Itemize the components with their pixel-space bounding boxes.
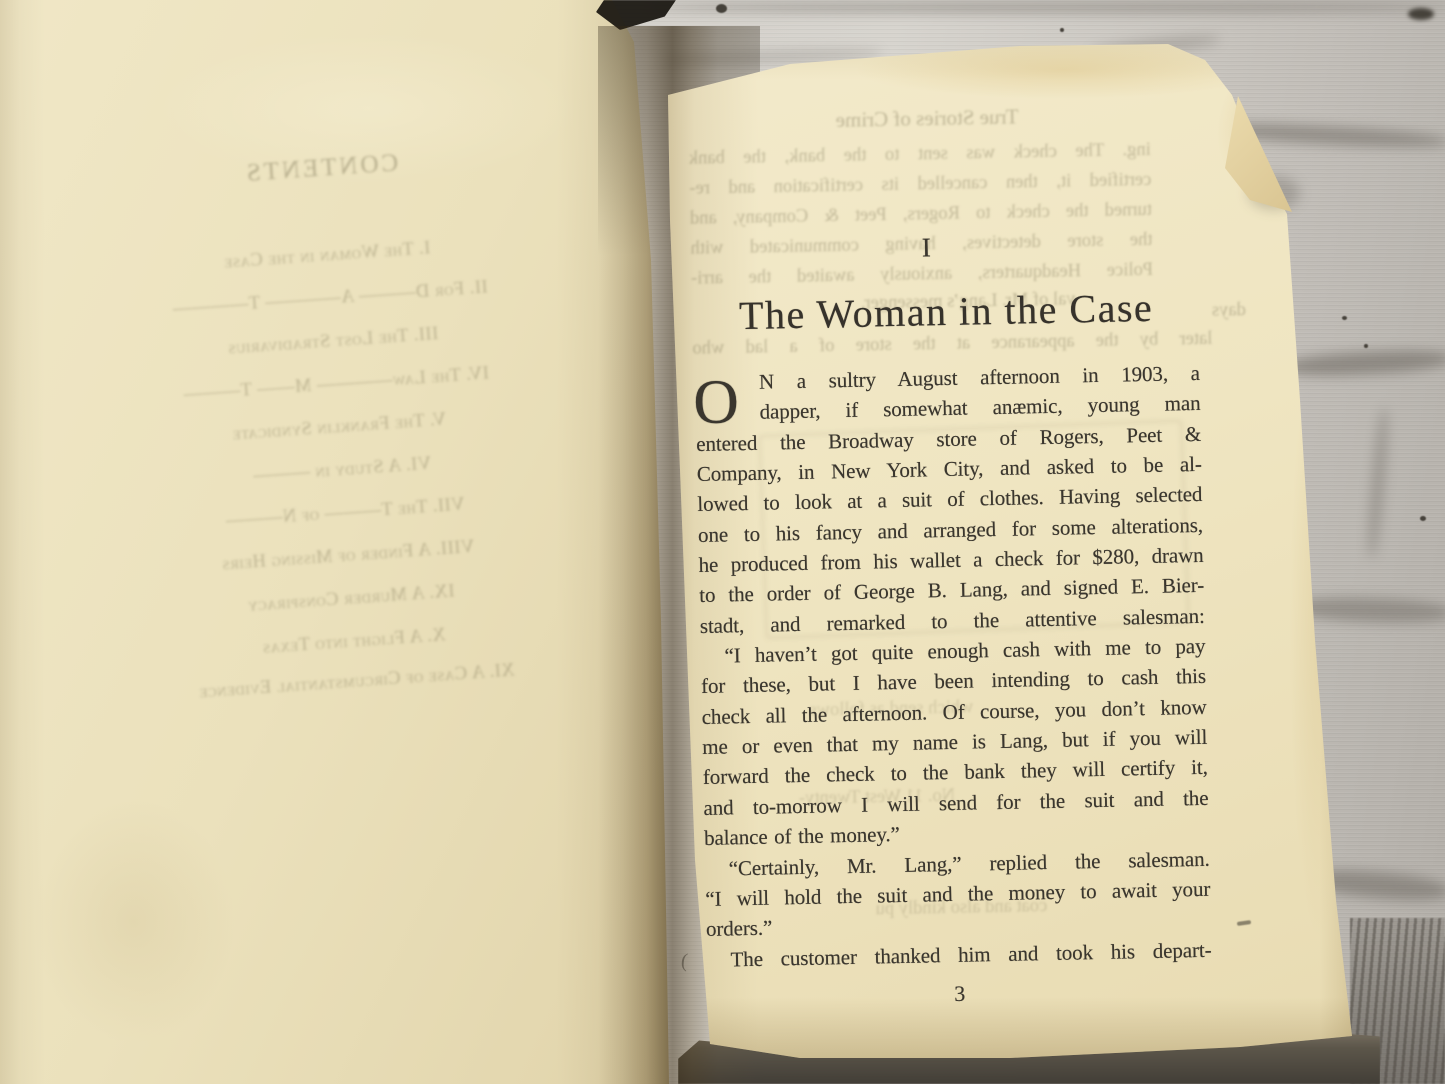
left-page: CONTENTS I. The Woman in the Case II. Fo…	[0, 0, 670, 1084]
chapter-title: The Woman in the Case	[693, 283, 1199, 340]
page-text-block: I The Woman in the Case O N a sultry Aug…	[692, 227, 1213, 1037]
ghost-text-line: turned the check to Rogers, Peet & Compa…	[690, 200, 1152, 230]
mortar-line	[1282, 348, 1445, 379]
open-book-photo: CONTENTS I. The Woman in the Case II. Fo…	[0, 0, 1445, 1084]
body-text: O N a sultry August afternoon in 1903, a…	[695, 361, 1212, 978]
mortar-line	[1292, 595, 1445, 625]
wall-speck	[716, 4, 727, 13]
ghost-text-line: certified it, then cancelled its certifi…	[689, 170, 1151, 200]
mortar-line	[650, 2, 1445, 12]
wall-speck	[1364, 344, 1368, 348]
page-number: 3	[707, 976, 1212, 1012]
wall-speck	[1408, 8, 1434, 20]
ghost-contents-heading: CONTENTS	[61, 137, 582, 201]
wall-speck	[1060, 28, 1064, 32]
wall-speck	[1342, 316, 1347, 320]
ghost-text-line: ing. The check was sent to the bank, the…	[689, 140, 1151, 170]
mortar-joint-vertical	[1365, 408, 1390, 558]
wall-speck	[1420, 516, 1426, 521]
left-page-ghost-bleedthrough: CONTENTS I. The Woman in the Case II. Fo…	[60, 123, 621, 758]
ghost-running-header: True Stories of Crime	[772, 103, 1082, 134]
